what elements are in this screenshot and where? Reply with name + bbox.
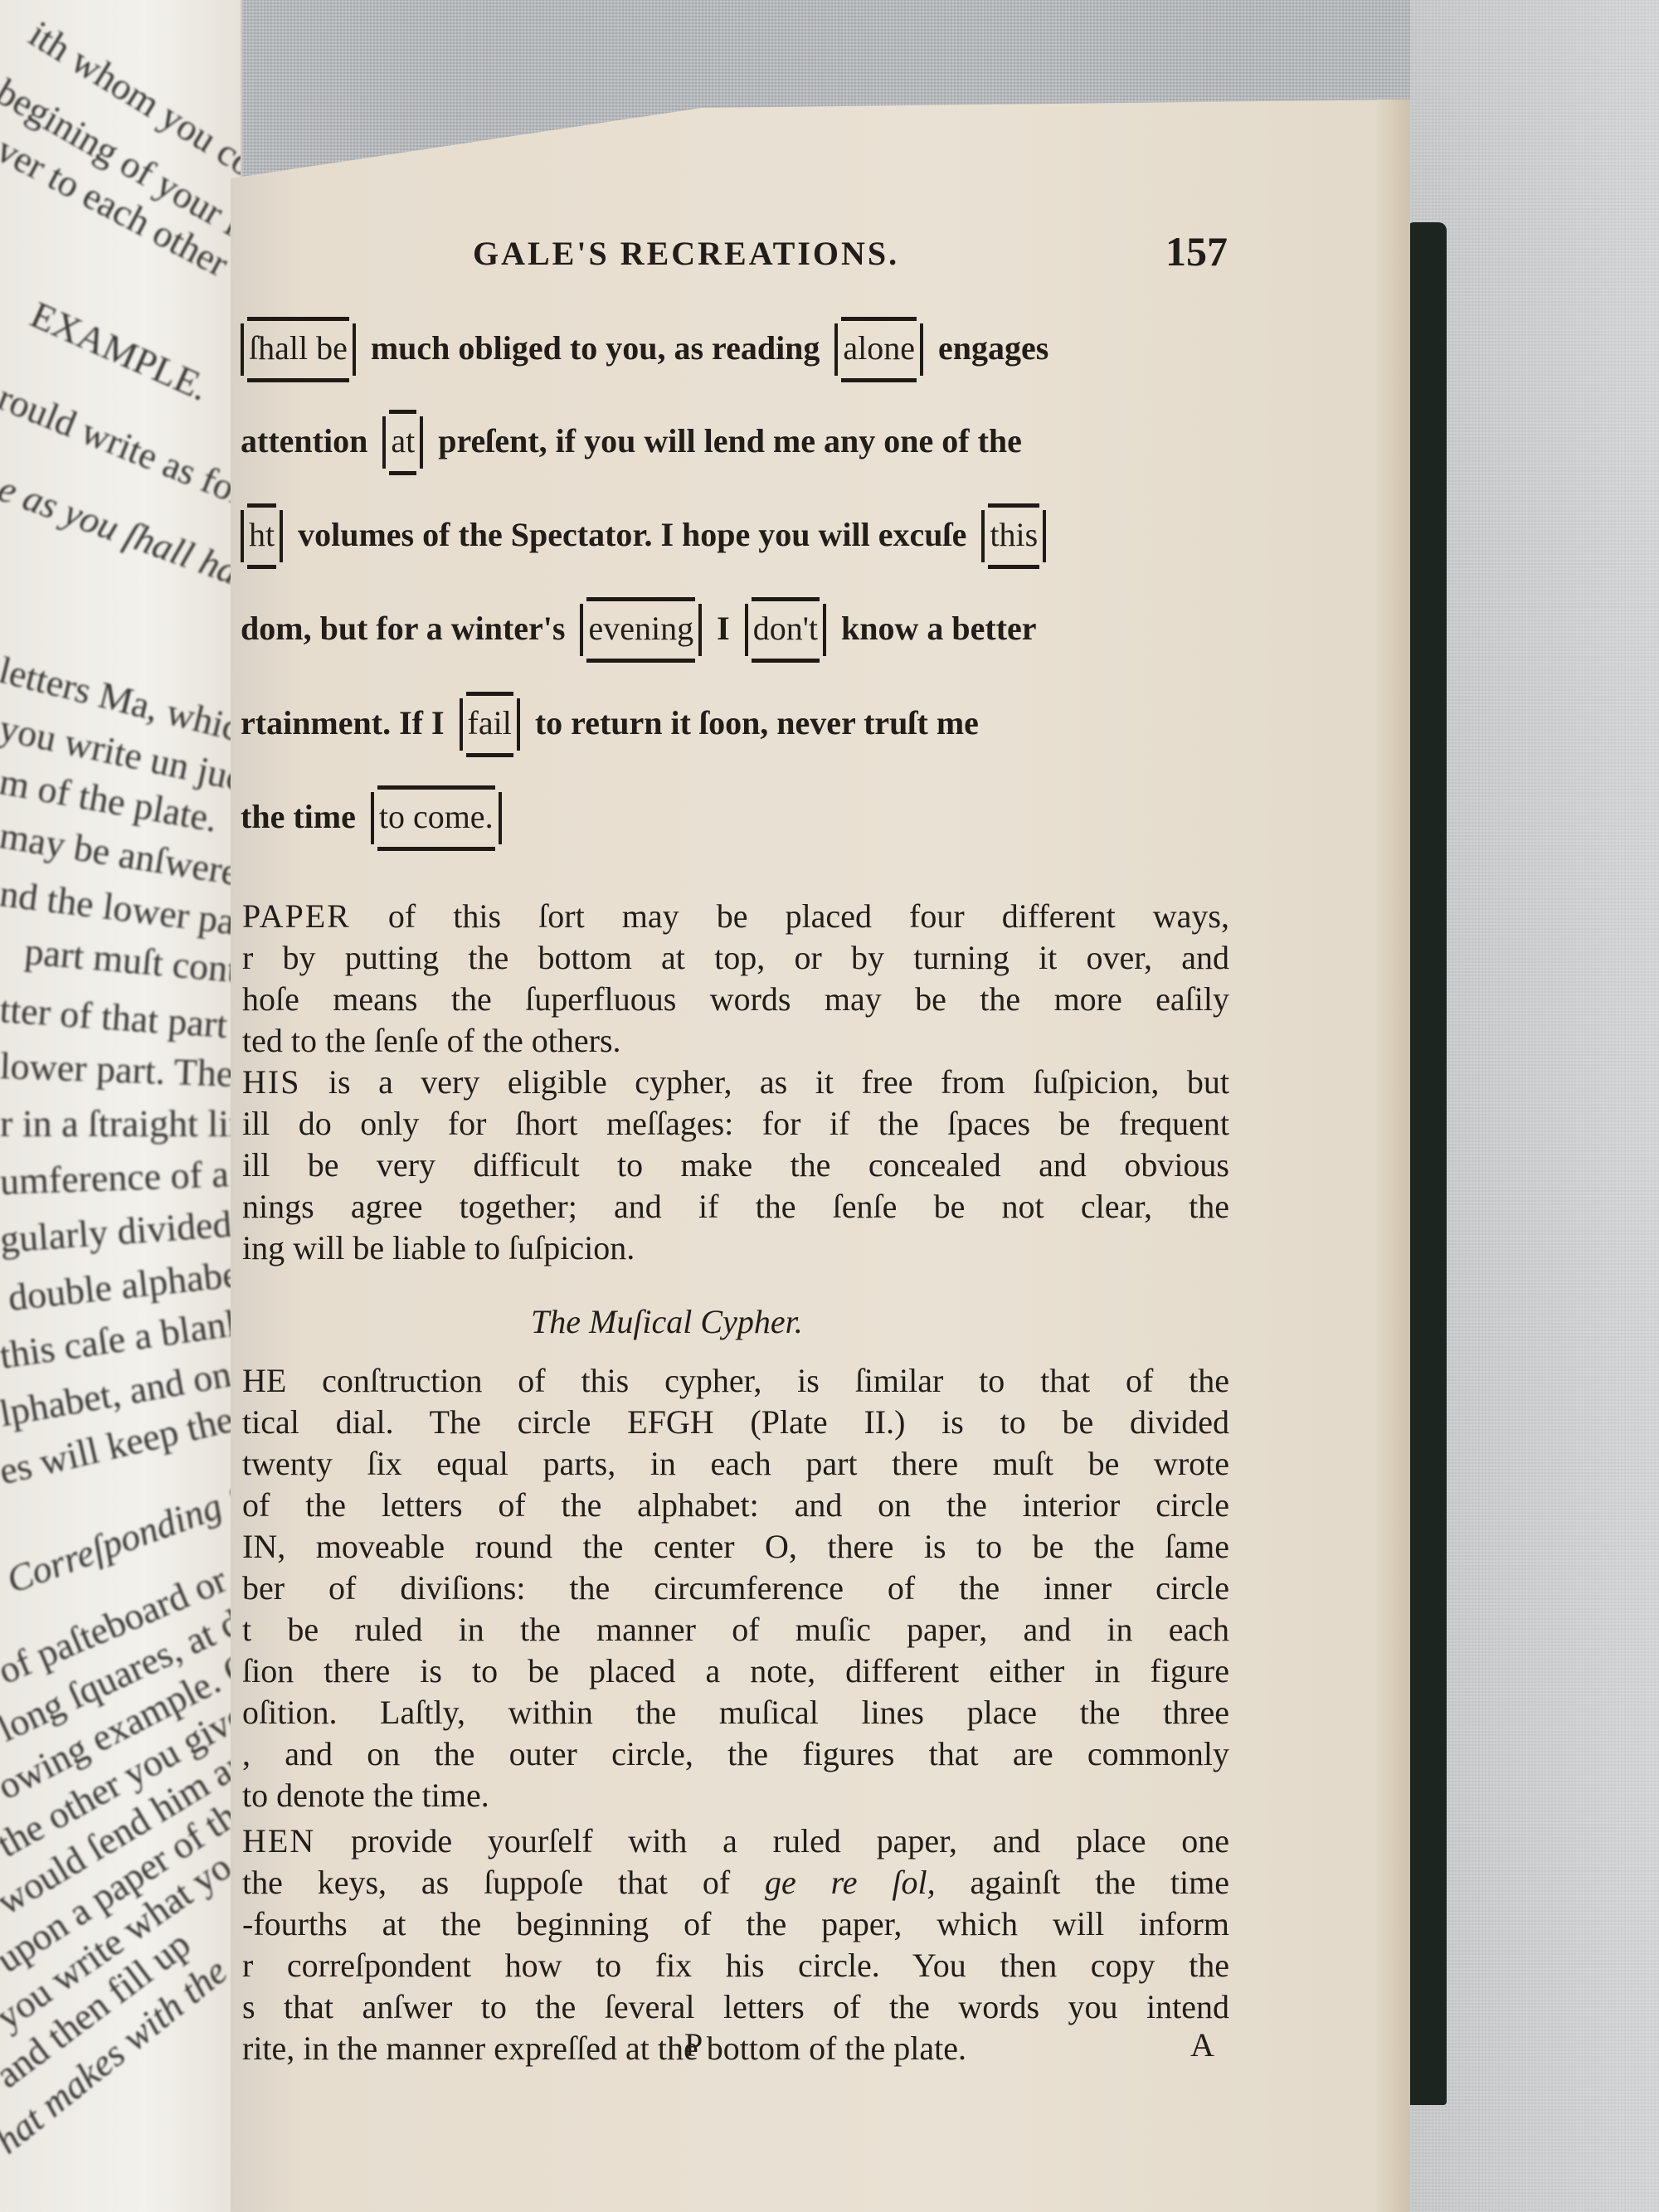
boxed-word: fail	[460, 698, 520, 751]
paragraph-lead: HEN	[242, 1822, 315, 1860]
paragraph-construction: HE conſtruction of this cypher, is ſimil…	[242, 1360, 1229, 1816]
signature-mark: P	[684, 2025, 703, 2064]
letter-text: preſent, if you will lend me any one of …	[438, 422, 1022, 459]
page-block-edge	[1377, 100, 1410, 2212]
paragraph-lead: HIS	[242, 1063, 300, 1101]
boxed-word: alone	[834, 323, 923, 376]
letter-line-3: ht volumes of the Spectator. I hope you …	[241, 510, 1053, 562]
paragraph-ruled-paper: HEN provide yourſelf with a ruled paper,…	[242, 1821, 1229, 2069]
letter-text: engages	[938, 329, 1048, 367]
section-title-musical-cypher: The Muſical Cypher.	[531, 1302, 803, 1341]
letter-text: to return it ſoon, never truſt me	[535, 704, 979, 741]
left-page-heading-example: EXAMPLE.	[24, 292, 216, 409]
page-number: 157	[1165, 227, 1228, 275]
paragraph-eligible-cypher: HIS is a very eligible cypher, as it fre…	[242, 1062, 1229, 1269]
boxed-word: don't	[745, 604, 826, 656]
left-page-line: tter of that part ma	[0, 987, 242, 1051]
book-cover-edge	[1408, 222, 1447, 2105]
left-page-line: umference of a circle	[0, 1148, 242, 1203]
paragraph-paper-placement: PAPER of this ſort may be placed four di…	[242, 896, 1229, 1062]
letter-text: the time	[241, 798, 356, 835]
boxed-word: evening	[580, 604, 702, 656]
catchword: A	[1190, 2025, 1214, 2064]
running-head: GALE'S RECREATIONS.	[473, 234, 899, 273]
boxed-word: to come.	[371, 792, 502, 844]
left-page-line: gularly divided, the o	[0, 1195, 242, 1262]
letter-line-4: dom, but for a winter's evening I don't …	[241, 604, 1037, 656]
letter-text: much obliged to you, as reading	[371, 329, 820, 367]
letter-line-2: attention at preſent, if you will lend m…	[241, 416, 1022, 469]
letter-text: rtainment. If I	[241, 704, 445, 741]
paragraph-lead: PAPER	[242, 897, 351, 935]
boxed-word: ſhall be	[241, 323, 356, 376]
left-page-line: r in a ſtraight line w	[0, 1101, 242, 1145]
letter-text: dom, but for a winter's	[241, 610, 565, 647]
boxed-word: ht	[241, 510, 283, 562]
letter-line-6: the time to come.	[241, 792, 508, 844]
boxed-word: at	[382, 416, 423, 469]
italic-phrase: ge re ſol,	[765, 1864, 936, 1901]
background-cloth	[1410, 0, 1659, 2212]
letter-text: I	[717, 610, 730, 647]
left-page: ith whom you corre begining of your le v…	[0, 0, 242, 2212]
letter-text: volumes of the Spectator. I hope you wil…	[298, 516, 966, 553]
letter-text: know a better	[841, 610, 1037, 647]
boxed-word: this	[981, 510, 1046, 562]
letter-text: attention	[241, 422, 367, 459]
left-page-line: lower part. The ſ	[0, 1043, 242, 1096]
letter-line-1: ſhall be much obliged to you, as reading…	[241, 323, 1048, 376]
letter-line-5: rtainment. If I fail to return it ſoon, …	[241, 698, 979, 751]
